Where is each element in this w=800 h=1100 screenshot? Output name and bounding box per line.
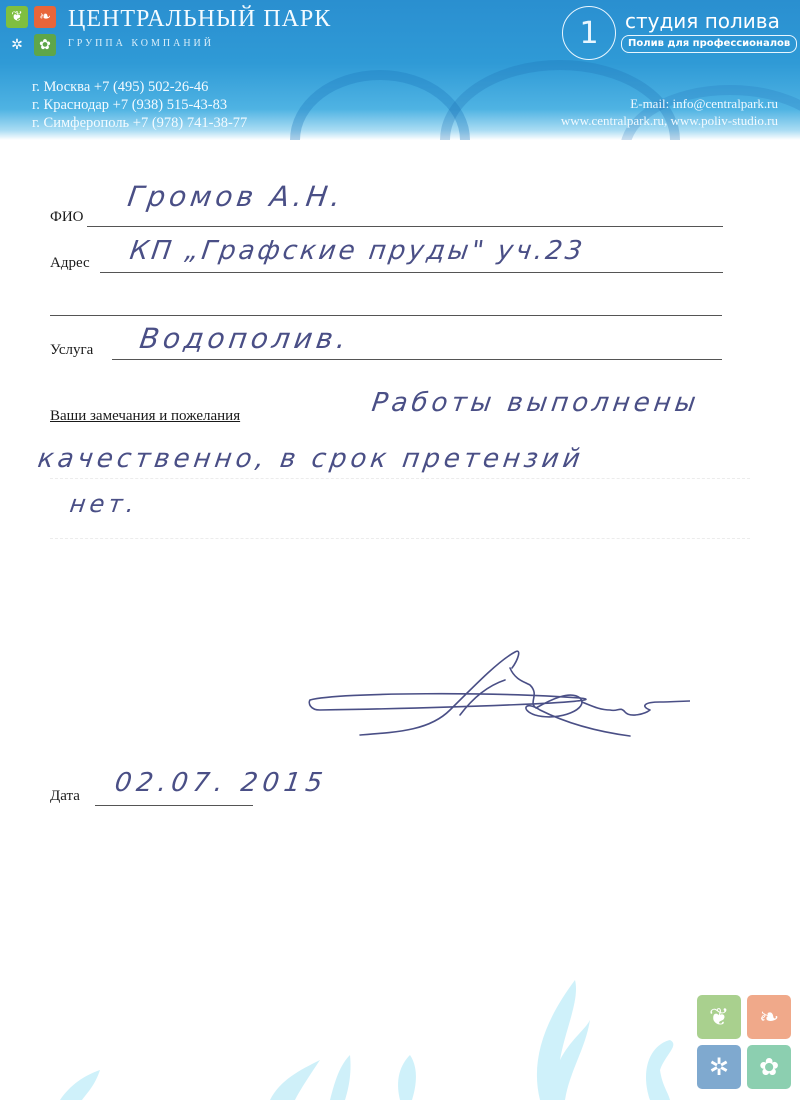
phone-list: г. Москва +7 (495) 502-26-46 г. Краснода… xyxy=(32,78,247,132)
date-value: 02.07. 2015 xyxy=(113,768,329,798)
service-value: Водополив. xyxy=(138,322,352,355)
fio-label: ФИО xyxy=(50,209,84,226)
comments-label: Ваши замечания и пожелания xyxy=(50,408,240,425)
central-park-logo: ❦ ❧ ✲ ✿ xyxy=(6,6,60,60)
central-park-corner-logo: ❦ ❧ ✲ ✿ xyxy=(697,995,793,1091)
signature xyxy=(300,640,690,750)
fern-icon: ✲ xyxy=(697,1045,741,1089)
fio-value: Громов А.Н. xyxy=(126,180,347,213)
address-extra-line xyxy=(50,315,722,316)
letterhead-header: ❦ ❧ ✲ ✿ ЦЕНТРАЛЬНЫЙ ПАРК ГРУППА КОМПАНИЙ… xyxy=(0,0,800,140)
leaf-icon: ❧ xyxy=(34,6,56,28)
service-label: Услуга xyxy=(50,342,93,359)
brand-title: ЦЕНТРАЛЬНЫЙ ПАРК xyxy=(68,6,331,33)
floral-watermark xyxy=(0,960,800,1100)
fio-line xyxy=(87,226,723,227)
sprig-icon: ❦ xyxy=(697,995,741,1039)
websites-line: www.centralpark.ru, www.poliv-studio.ru xyxy=(561,112,778,129)
address-value: КП „Графские пруды" уч.23 xyxy=(128,236,587,266)
address-line xyxy=(100,272,723,273)
brand-subtitle: ГРУППА КОМПАНИЙ xyxy=(68,38,214,49)
flower-dots-icon: ✿ xyxy=(747,1045,791,1089)
phone-simferopol: г. Симферополь +7 (978) 741-38-77 xyxy=(32,114,247,132)
contact-info: E-mail: info@centralpark.ru www.centralp… xyxy=(561,95,778,129)
date-line xyxy=(95,805,253,806)
comments-line-1: Работы выполнены xyxy=(370,388,702,418)
phone-moscow: г. Москва +7 (495) 502-26-46 xyxy=(32,78,247,96)
email-line: E-mail: info@centralpark.ru xyxy=(561,95,778,112)
flower-dots-icon: ✿ xyxy=(34,34,56,56)
sprig-icon: ❦ xyxy=(6,6,28,28)
studio-tagline: Полив для профессионалов xyxy=(621,35,797,53)
service-line xyxy=(112,359,722,360)
address-label: Адрес xyxy=(50,255,90,272)
studio-logo-icon: 1 xyxy=(562,6,616,60)
leaf-icon: ❧ xyxy=(747,995,791,1039)
comments-line-2: качественно, в срок претензий xyxy=(36,444,586,474)
comments-line-3: нет. xyxy=(68,490,140,518)
fern-icon: ✲ xyxy=(6,34,28,56)
date-label: Дата xyxy=(50,788,80,805)
comments-guide-line xyxy=(50,538,750,539)
comments-guide-line xyxy=(50,478,750,479)
phone-krasnodar: г. Краснодар +7 (938) 515-43-83 xyxy=(32,96,247,114)
studio-title: студия полива xyxy=(625,9,780,33)
